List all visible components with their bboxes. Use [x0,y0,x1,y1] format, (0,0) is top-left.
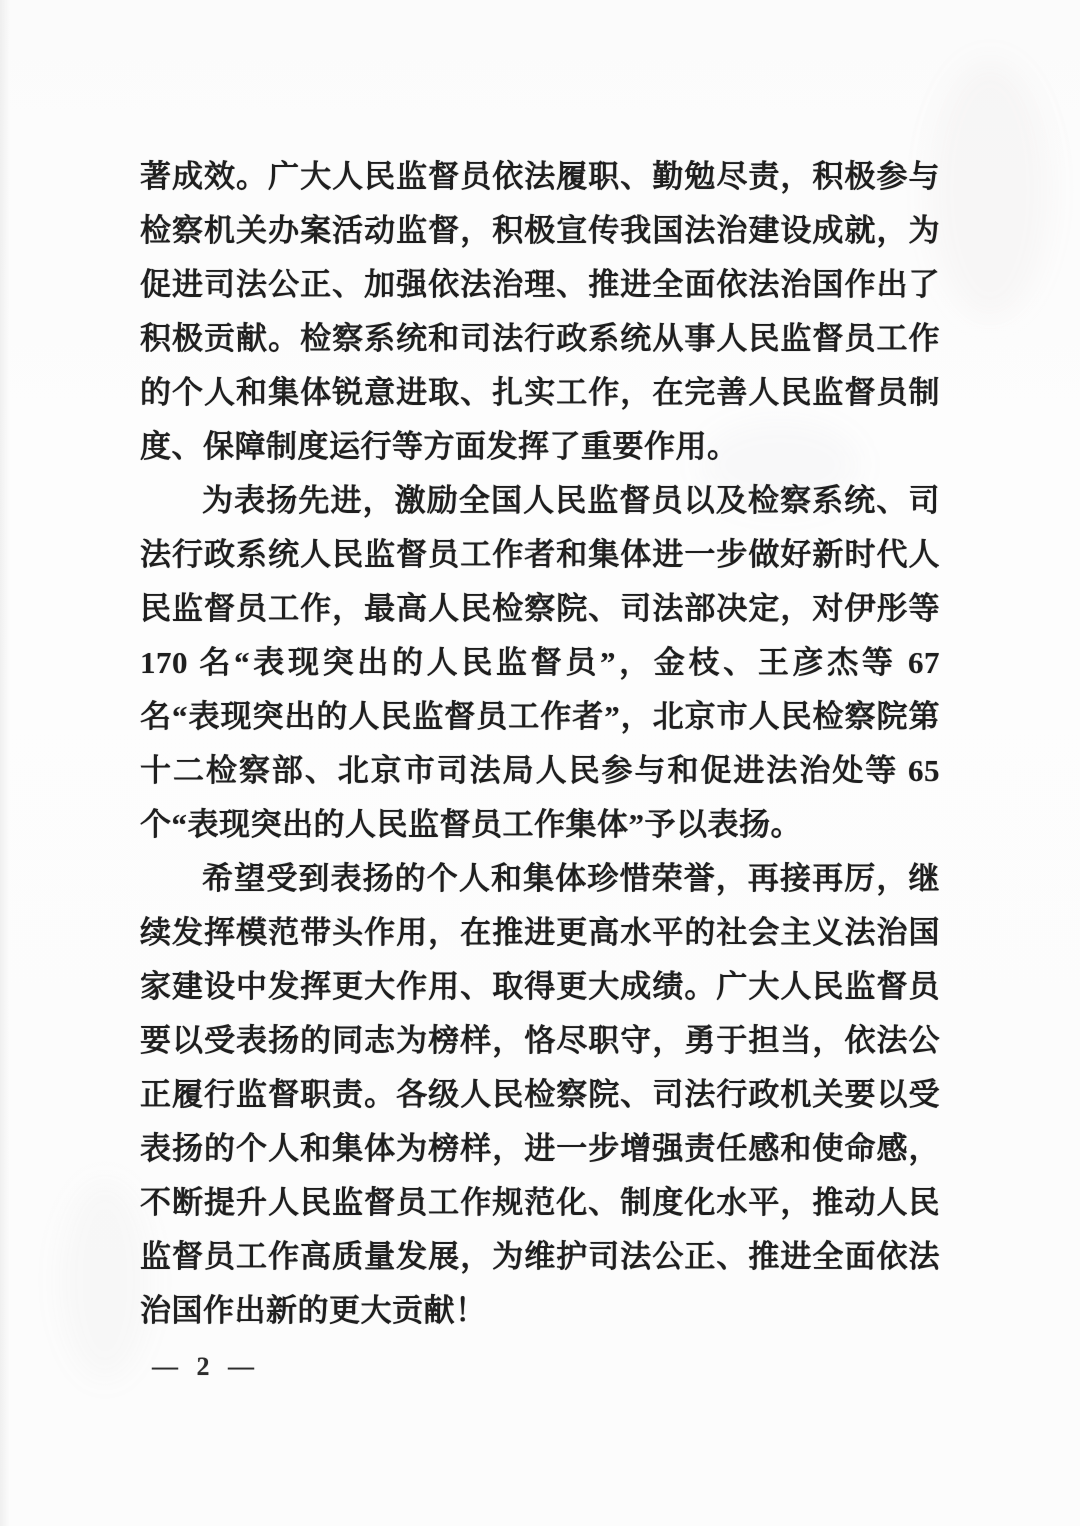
document-page: 著成效。广大人民监督员依法履职、勤勉尽责，积极参与检察机关办案活动监督，积极宣传… [0,0,1080,1526]
document-paragraph: 著成效。广大人民监督员依法履职、勤勉尽责，积极参与检察机关办案活动监督，积极宣传… [140,150,940,474]
document-paragraph: 希望受到表扬的个人和集体珍惜荣誉，再接再厉，继续发挥模范带头作用，在推进更高水平… [140,852,940,1338]
scan-artifact [60,1180,150,1380]
document-body: 著成效。广大人民监督员依法履职、勤勉尽责，积极参与检察机关办案活动监督，积极宣传… [140,150,940,1338]
document-paragraph: 为表扬先进，激励全国人民监督员以及检察系统、司法行政系统人民监督员工作者和集体进… [140,474,940,852]
scan-artifact [930,60,1050,320]
page-number: — 2 — [152,1352,260,1382]
